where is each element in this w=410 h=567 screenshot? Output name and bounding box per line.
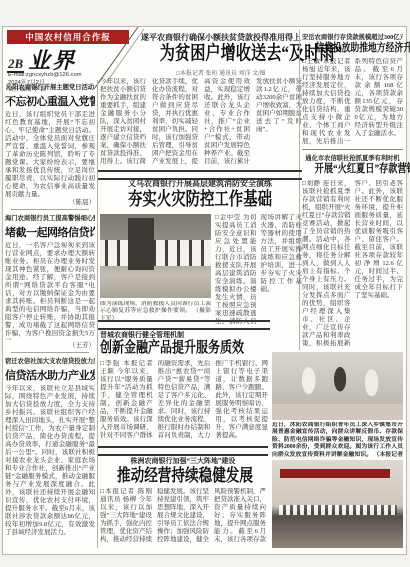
- fraud-blocked-signature: （王芳）: [5, 340, 95, 349]
- left-rail: 沁阳农商银行开展主题党日活动 不忘初心重温入党誓词 近日，该行组织党员干部走进红…: [5, 82, 95, 548]
- newspaper-page: { "colors": { "masthead_red": "#a6201e",…: [0, 0, 410, 567]
- service-article-headline: 创新金融产品提升服务质效: [100, 339, 268, 358]
- deposit-marketing-body: □刘静 连日来，该联社抢抓夏季存款营销有利时机，组织开展“火红夏日”存款营销竞赛…: [302, 180, 403, 348]
- article-fraud-blocked: 海门农商银行员工提高警惕细心甄别 堵截一起网络信贷诈骗 近日，一名客户急匆匆来到…: [5, 213, 95, 349]
- service-article-body: □李强 本报记者 王颖 今年以来，该行以“服务质量提升年”活动为抓手，健全管理机…: [100, 360, 268, 444]
- rail-divider: [11, 352, 89, 353]
- fraud-blocked-body: 近日，一名客户急匆匆来到该行营业网点，要求办理大额转账业务。柜员在办理业务时发现…: [5, 242, 95, 340]
- article-party-oath: 沁阳农商银行开展主题党日活动 不忘初心重温入党誓词 近日，该行组织党员干部走进红…: [5, 82, 95, 206]
- industry-credit-kicker: 宿迁农信社加大支农信贷投放力度: [5, 356, 95, 365]
- section-rule: [98, 446, 268, 456]
- fire-article-body: □金中莹 为切实提高员工消防安全意识和应急处置能力，近日，该行联合市消防救援支队…: [215, 214, 302, 332]
- lead-article-byline: □本报记者 张珩 通讯员 刘洋 文/图: [137, 68, 305, 77]
- outreach-photo-caption: 近日，沭阳农商银行组织青年员工深入乡镇集市开展普惠金融宣传活动，向群众讲解反假币…: [272, 422, 403, 458]
- article-industry-credit: 宿迁农信社加大支农信贷投放力度 信贷活水助力产业发展 今年以来，该联社立足县域实…: [5, 356, 95, 548]
- lead-article-body: 今年以来，该行把扶贫小额信贷作为金融扶贫的重要抓手，组建金融服务小分队，深入贫困…: [100, 78, 302, 168]
- photo-outreach-activity: [272, 352, 403, 420]
- fire-article-headline: 夯实火灾防控工作基础: [100, 188, 300, 211]
- deposit-marketing-kicker: 通化市农信联社抢抓夏季有利时机: [302, 153, 403, 162]
- section-rule: [98, 320, 270, 330]
- credit-upgrade-kicker: 安岳农商银行存贷款规模超过300亿元: [302, 32, 403, 41]
- bottom-article-body: □本报记者 陈刚 通讯员 杨柳 今年以来，该行以加强“三大阵地”建设为抓手，强化…: [100, 488, 266, 548]
- photo-meeting-banner: [272, 460, 403, 548]
- bottom-article-headline: 推动经营持续稳健发展: [100, 465, 266, 486]
- page-number: 2B: [7, 56, 24, 73]
- party-oath-signature: （陈晨）: [5, 197, 95, 206]
- party-oath-kicker: 沁阳农商银行开展主题党日活动: [5, 82, 95, 91]
- party-oath-headline: 不忘初心重温入党誓词: [5, 93, 95, 109]
- rail-divider: [11, 209, 89, 210]
- lead-article-headline: 为贫困户增收送去“及时雨”: [137, 42, 305, 66]
- section-title: 业界: [28, 48, 76, 73]
- right-rail-rule: [302, 149, 403, 150]
- credit-upgrade-body: □王敏 本报记者 杨旭 近年来，该行坚持服务地方经济发展定位，持续加大信贷投放力…: [302, 58, 403, 146]
- industry-credit-body: 今年以来，该联社立足县域实际，围绕特色产业发展，持续加大信贷投放力度，全力支持乡…: [5, 385, 95, 548]
- industry-credit-headline: 信贷活水助力产业发展: [5, 367, 95, 383]
- party-oath-body: 近日，该行组织党员干部走进红色教育基地，开展“不忘初心、牢记使命”主题党日活动。…: [5, 111, 95, 197]
- left-column-divider: [97, 80, 98, 548]
- deposit-marketing-headline: 开展“火红夏日”存款营销: [302, 162, 403, 177]
- fraud-blocked-headline: 堵截一起网络信贷诈骗: [5, 224, 95, 240]
- fraud-blocked-kicker: 海门农商银行员工提高警惕细心甄别: [5, 213, 95, 222]
- credit-upgrade-headline: 信贷投放助推地方经济升级: [302, 41, 403, 55]
- photo-fire-drill: [100, 214, 211, 298]
